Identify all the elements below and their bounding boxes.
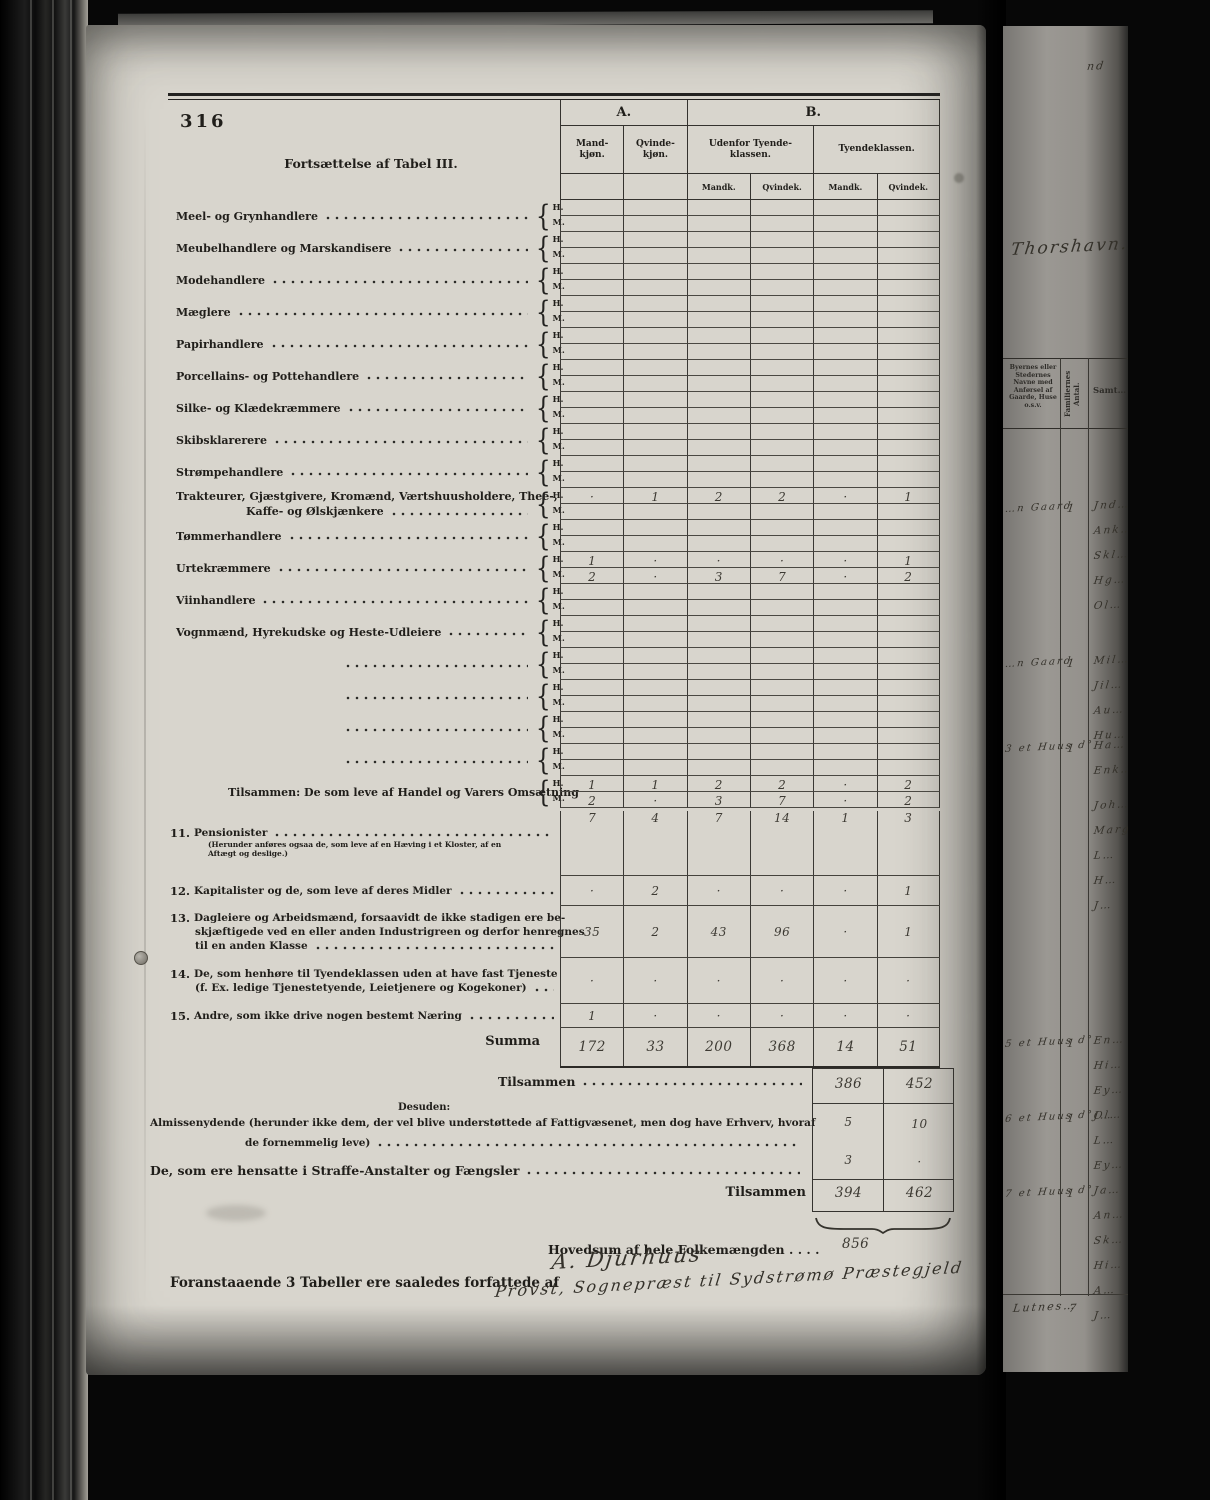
- handwritten-value: 1: [588, 778, 596, 792]
- table-row: {H.M.: [168, 680, 940, 712]
- stat-cell: [877, 728, 940, 744]
- stat-cell: [687, 584, 750, 600]
- handwritten-value: 3: [904, 811, 912, 825]
- handwritten-value: 2: [904, 778, 912, 792]
- stat-cell: [877, 536, 940, 552]
- stat-cell: [813, 664, 876, 680]
- handwritten-value: 2: [651, 884, 659, 898]
- stat-cell: ·: [560, 958, 623, 1003]
- person-name: Au…: [1091, 703, 1128, 730]
- stat-cell: [750, 616, 813, 632]
- summa-cell: 368: [750, 1028, 813, 1066]
- column-group-a: A.: [560, 100, 687, 126]
- family-count: 1: [1066, 1112, 1077, 1125]
- dotted-leader: [399, 243, 528, 253]
- stat-cell: ·: [813, 792, 876, 808]
- row-stat-cells: ······: [560, 958, 940, 1004]
- stat-cell: 96: [750, 906, 813, 957]
- stat-cell: [750, 696, 813, 712]
- row-brace: {H.M.: [534, 424, 560, 456]
- person-names: Jnd…Ank…Skl…Hg…Ol…: [1093, 500, 1128, 625]
- almisse-label2-text: de fornemmelig leve): [245, 1137, 370, 1149]
- handwritten-value: 33: [646, 1039, 664, 1055]
- stat-cell: [877, 744, 940, 760]
- row-brace: {H.M.: [534, 584, 560, 616]
- stat-cell: [560, 216, 623, 232]
- stat-cell: [813, 536, 876, 552]
- handwritten-value: ·: [653, 794, 657, 808]
- stat-cell: 1: [813, 811, 876, 875]
- table-header: A. B. Mand- kjøn. Qvinde- kjøn. Udenfor …: [560, 100, 940, 200]
- row-label-area: Vognmænd, Hyrekudske og Heste-Udleiere{H…: [168, 616, 560, 648]
- stat-cell: [687, 648, 750, 664]
- stat-cell: [877, 216, 940, 232]
- handwritten-value: 1: [904, 925, 912, 939]
- subcolumn-qvindek: Qvindek.: [877, 174, 940, 200]
- stat-cell: [813, 296, 876, 312]
- summa-row: Summa 172332003681451: [168, 1028, 940, 1068]
- stat-cell: [877, 264, 940, 280]
- straffe-label: De, som ere hensatte i Straffe-Anstalter…: [150, 1163, 519, 1178]
- stat-cell: [877, 344, 940, 360]
- stat-cell: [623, 584, 686, 600]
- handwritten-value: ·: [653, 554, 657, 568]
- stat-cell: [623, 536, 686, 552]
- brace-glyph: {: [536, 649, 551, 679]
- page-edge-line: [52, 0, 54, 1500]
- subcolumn-mandk: Mandk.: [687, 174, 750, 200]
- row-note: Aftægt og deslige.): [168, 849, 560, 858]
- person-names: Ha…Enk…: [1093, 740, 1128, 790]
- stat-cell: ·: [813, 876, 876, 905]
- table-row: Modehandlere{H.M.: [168, 264, 940, 296]
- row-label: Porcellains- og Pottehandlere: [168, 370, 359, 383]
- dotted-leader: [275, 435, 528, 445]
- stat-cell: [750, 680, 813, 696]
- row-brace: {H.M.: [534, 200, 560, 232]
- stat-cell: 2: [877, 568, 940, 584]
- stat-cell: 2: [877, 776, 940, 792]
- stat-cell: [623, 600, 686, 616]
- stat-cell: 7: [750, 792, 813, 808]
- stat-cell: [877, 280, 940, 296]
- stat-cell: [877, 232, 940, 248]
- tilsammen-label: Tilsammen: [498, 1074, 575, 1089]
- person-name: Ey…: [1091, 1158, 1124, 1185]
- handwritten-value: 2: [588, 570, 596, 584]
- dotted-leader: [273, 275, 528, 285]
- brace-glyph: {: [536, 585, 551, 615]
- stat-cell: [560, 584, 623, 600]
- stat-cell: [560, 264, 623, 280]
- stat-cell: [687, 696, 750, 712]
- stat-cell: 2: [623, 876, 686, 905]
- row-label-area: Silke- og Klædekræmmere{H.M.: [168, 392, 560, 424]
- stat-cell: [877, 360, 940, 376]
- handwritten-value: ·: [590, 884, 594, 898]
- column-header-udenfor-tyendeklassen: Udenfor Tyende- klassen.: [687, 126, 814, 174]
- brace-glyph: {: [536, 201, 551, 231]
- row-stat-cells: 1····12·37·2: [560, 552, 940, 584]
- stat-cell: [813, 328, 876, 344]
- family-count: 1: [1066, 1187, 1077, 1200]
- row-label: Tilsammen: De som leve af Handel og Vare…: [220, 786, 579, 799]
- handwritten-value: ·: [843, 884, 847, 898]
- stat-cell: [877, 456, 940, 472]
- stat-cell: [750, 504, 813, 520]
- stat-cell: [877, 504, 940, 520]
- stat-cell: [877, 712, 940, 728]
- brace-glyph: {: [536, 297, 551, 327]
- brace-glyph: {: [536, 745, 551, 775]
- numbered-row: 12.Kapitalister og de, som leve af deres…: [168, 876, 940, 906]
- row-label: (f. Ex. ledige Tjenestetyende, Leietjene…: [195, 982, 527, 994]
- stat-cell: [560, 456, 623, 472]
- stat-cell: [877, 376, 940, 392]
- row-stat-cells: [560, 744, 940, 776]
- stat-cell: [623, 216, 686, 232]
- row-stat-cells: ·2···1: [560, 876, 940, 906]
- dotted-leader: [392, 507, 528, 517]
- stat-cell: 43: [687, 906, 750, 957]
- stat-cell: [750, 328, 813, 344]
- column-header-tyendeklassen: Tyendeklassen.: [813, 126, 940, 174]
- dotted-leader: [367, 371, 528, 381]
- row-label-area: Skibsklarerere{H.M.: [168, 424, 560, 456]
- row-label: Silke- og Klædekræmmere: [168, 402, 341, 415]
- stat-cell: [877, 440, 940, 456]
- stat-cell: ·: [623, 792, 686, 808]
- stat-cell: [750, 280, 813, 296]
- stat-cell: 3: [687, 792, 750, 808]
- totals-box: 386 452 5 10 3 · 394 462: [812, 1068, 954, 1212]
- stat-cell: [560, 344, 623, 360]
- stat-cell: ·: [687, 876, 750, 905]
- stat-cell: [623, 472, 686, 488]
- stat-cell: 2: [750, 488, 813, 504]
- stat-cell: [877, 760, 940, 776]
- stat-cell: 1: [877, 876, 940, 905]
- person-name: A…: [1091, 1283, 1125, 1310]
- handwritten-value: ·: [843, 925, 847, 939]
- stat-cell: [750, 312, 813, 328]
- next-page-rule: [1003, 358, 1128, 359]
- stat-cell: [813, 600, 876, 616]
- row-label: skjæftigede ved en eller anden Industrig…: [195, 926, 585, 938]
- next-page-rule: [1003, 428, 1128, 429]
- stat-cell: ·: [560, 876, 623, 905]
- hovedsum-value: 856: [842, 1236, 869, 1252]
- handwritten-value: 4: [651, 811, 659, 825]
- row-stat-cells: [560, 392, 940, 424]
- subcolumn-mandk: Mandk.: [813, 174, 876, 200]
- row-number: 12.: [168, 884, 194, 898]
- row-label: Tømmerhandlere: [168, 530, 282, 543]
- table-row: Mæglere{H.M.: [168, 296, 940, 328]
- dotted-leader: [239, 307, 528, 317]
- stat-cell: [750, 248, 813, 264]
- stat-cell: [813, 280, 876, 296]
- stat-cell: [877, 200, 940, 216]
- handwritten-value: ·: [843, 490, 847, 504]
- row-brace: {H.M.: [534, 520, 560, 552]
- table-row: Tømmerhandlere{H.M.: [168, 520, 940, 552]
- stat-cell: ·: [877, 958, 940, 1003]
- row-brace: {H.M.: [534, 680, 560, 712]
- handwritten-value: 7: [778, 570, 786, 584]
- column-header-qvindekjon: Qvinde- kjøn.: [623, 126, 686, 174]
- place-name: …n Gaard: [1004, 501, 1064, 515]
- handwritten-value: ·: [843, 974, 847, 988]
- stat-cell: 7: [687, 811, 750, 875]
- stat-cell: [623, 296, 686, 312]
- row-stat-cells: [560, 520, 940, 552]
- row-number: 13.: [168, 911, 194, 925]
- table-row: Vognmænd, Hyrekudske og Heste-Udleiere{H…: [168, 616, 940, 648]
- row-stat-cells: 3524396·1: [560, 906, 940, 958]
- handwritten-value: 51: [899, 1039, 917, 1055]
- stat-cell: ·: [623, 958, 686, 1003]
- row-stat-cells: 7471413: [560, 808, 940, 876]
- stat-cell: 3: [687, 568, 750, 584]
- dotted-leader: [275, 828, 554, 838]
- row-stat-cells: [560, 200, 940, 232]
- handwritten-value: 2: [778, 490, 786, 504]
- brace-glyph: {: [536, 361, 551, 391]
- handwritten-value: 368: [769, 1039, 796, 1055]
- stat-cell: [813, 216, 876, 232]
- stat-cell: [877, 632, 940, 648]
- stat-cell: [687, 328, 750, 344]
- column-header-mandkjon: Mand- kjøn.: [560, 126, 623, 174]
- stat-cell: 2: [687, 776, 750, 792]
- almisse-label-line2: de fornemmelig leve): [245, 1137, 806, 1149]
- row-brace: {H.M.: [534, 488, 560, 520]
- stat-cell: [623, 424, 686, 440]
- row-stat-cells: [560, 360, 940, 392]
- stat-cell: ·: [750, 1004, 813, 1027]
- handwritten-value: 2: [778, 778, 786, 792]
- stat-cell: ·: [687, 958, 750, 1003]
- person-name: Ey…: [1091, 1083, 1125, 1110]
- book-gutter-shadow: [976, 0, 1006, 1500]
- next-page-footer-number: 7: [1068, 1302, 1079, 1315]
- page-title: Fortsættelse af Tabel III.: [236, 156, 506, 171]
- stat-cell: [560, 696, 623, 712]
- stat-cell: [750, 632, 813, 648]
- row-label: Kaffe- og Ølskjænkere: [238, 505, 384, 518]
- stat-cell: [750, 584, 813, 600]
- dotted-leader: [378, 1138, 800, 1148]
- dotted-leader: [290, 531, 528, 541]
- stat-cell: 1: [560, 776, 623, 792]
- row-label-area: Urtekræmmere{H.M.: [168, 552, 560, 584]
- stat-cell: ·: [813, 568, 876, 584]
- stat-cell: [813, 584, 876, 600]
- stat-cell: [813, 504, 876, 520]
- dotted-leader: [346, 723, 528, 733]
- stat-cell: [560, 680, 623, 696]
- stat-cell: [813, 424, 876, 440]
- total-female: 452: [884, 1076, 955, 1092]
- stat-cell: [687, 632, 750, 648]
- table-row: Papirhandlere{H.M.: [168, 328, 940, 360]
- person-name: Ol…: [1091, 598, 1128, 625]
- place-name: [1005, 801, 1063, 804]
- place-name: 3 et Huus d°: [1004, 741, 1064, 755]
- census-page: 316 Fortsættelse af Tabel III. A. B. Man…: [86, 25, 986, 1375]
- stat-cell: [687, 616, 750, 632]
- stat-cell: ·: [813, 1004, 876, 1027]
- handwritten-value: 3: [715, 570, 723, 584]
- stat-cell: [813, 680, 876, 696]
- handwritten-value: 2: [715, 778, 723, 792]
- table-row: Silke- og Klædekræmmere{H.M.: [168, 392, 940, 424]
- handwritten-value: ·: [780, 974, 784, 988]
- next-page-col2-header: Familiernes Antal.: [1063, 362, 1087, 426]
- person-name: Ank…: [1091, 523, 1128, 550]
- numbered-row: 14.De, som henhøre til Tyendeklassen ude…: [168, 958, 940, 1004]
- row-label-area: {H.M.: [168, 680, 560, 712]
- row-brace: {H.M.: [534, 744, 560, 776]
- row-label-area: 14.De, som henhøre til Tyendeklassen ude…: [168, 958, 560, 1004]
- brace-glyph: {: [536, 521, 551, 551]
- stat-cell: 1: [623, 776, 686, 792]
- stat-cell: 14: [750, 811, 813, 875]
- stat-cell: [687, 216, 750, 232]
- stat-cell: [623, 504, 686, 520]
- stat-cell: [877, 648, 940, 664]
- row-label: til en anden Klasse: [195, 940, 308, 952]
- stat-cell: [750, 408, 813, 424]
- stat-cell: [687, 344, 750, 360]
- stat-cell: [560, 280, 623, 296]
- person-name: An…: [1091, 1208, 1125, 1235]
- stat-cell: [687, 248, 750, 264]
- table-row: Meubelhandlere og Marskandisere{H.M.: [168, 232, 940, 264]
- stat-cell: [750, 264, 813, 280]
- person-name: Marg…: [1091, 822, 1128, 850]
- handwritten-value: 14: [774, 811, 790, 825]
- row-label: Dagleiere og Arbeidsmænd, forsaavidt de …: [194, 912, 565, 924]
- stat-cell: [623, 456, 686, 472]
- stat-cell: [687, 264, 750, 280]
- brace-glyph: {: [536, 617, 551, 647]
- stat-cell: [877, 696, 940, 712]
- stat-cell: [560, 616, 623, 632]
- handwritten-value: 172: [579, 1039, 606, 1055]
- person-name: Sk…: [1091, 1233, 1125, 1260]
- dotted-leader: [279, 563, 528, 573]
- stat-cell: ·: [750, 958, 813, 1003]
- paper-stain: [954, 173, 964, 183]
- stat-cell: ·: [813, 958, 876, 1003]
- stat-cell: [623, 312, 686, 328]
- stat-cell: [560, 360, 623, 376]
- stat-cell: [877, 296, 940, 312]
- stat-cell: [560, 536, 623, 552]
- subcolumn-qvindek: Qvindek.: [750, 174, 813, 200]
- stat-cell: [687, 504, 750, 520]
- family-count: 1: [1066, 657, 1077, 670]
- row-label-area: {H.M.: [168, 648, 560, 680]
- handwritten-value: 1: [651, 490, 659, 504]
- stat-cell: [750, 728, 813, 744]
- photo-scene: 316 Fortsættelse af Tabel III. A. B. Man…: [0, 0, 1210, 1500]
- row-label: Meubelhandlere og Marskandisere: [168, 242, 391, 255]
- stat-cell: [750, 520, 813, 536]
- person-name: L…: [1091, 847, 1128, 875]
- person-name: Skl…: [1091, 548, 1128, 575]
- stat-cell: [813, 744, 876, 760]
- person-name: Hi…: [1091, 1258, 1125, 1285]
- handwritten-value: 2: [651, 925, 659, 939]
- row-stat-cells: [560, 296, 940, 328]
- page-edge-line: [30, 0, 32, 1500]
- stat-cell: 1: [877, 488, 940, 504]
- stat-cell: [813, 456, 876, 472]
- stat-cell: [560, 424, 623, 440]
- stat-cell: [750, 216, 813, 232]
- handwritten-value: 7: [778, 794, 786, 808]
- stat-cell: 1: [560, 1004, 623, 1027]
- straffe-male: 3: [813, 1153, 884, 1167]
- almisse-label-line1: Almissenydende (herunder ikke dem, der v…: [150, 1117, 806, 1129]
- stat-cell: [750, 232, 813, 248]
- row-label: Vognmænd, Hyrekudske og Heste-Udleiere: [168, 626, 441, 639]
- row-label-area: Mæglere{H.M.: [168, 296, 560, 328]
- handwritten-value: 14: [836, 1039, 854, 1055]
- stat-cell: [623, 440, 686, 456]
- underbrace: [814, 1216, 952, 1234]
- brace-glyph: {: [536, 681, 551, 711]
- brace-glyph: {: [536, 457, 551, 487]
- stat-cell: [877, 424, 940, 440]
- handwritten-value: 2: [588, 794, 596, 808]
- row-label-area: 15.Andre, som ikke drive nogen bestemt N…: [168, 1004, 560, 1028]
- row-stat-cells: [560, 648, 940, 680]
- row-stat-cells: [560, 456, 940, 488]
- person-name: J…: [1091, 1308, 1125, 1335]
- row-brace: {H.M.: [534, 264, 560, 296]
- grand-total-male: 394: [813, 1185, 884, 1201]
- stat-cell: [750, 456, 813, 472]
- stat-cell: [687, 744, 750, 760]
- row-label-area: Modehandlere{H.M.: [168, 264, 560, 296]
- stat-cell: [687, 680, 750, 696]
- stat-cell: [813, 696, 876, 712]
- person-name: Hi…: [1091, 1058, 1125, 1085]
- stat-cell: 2: [623, 906, 686, 957]
- dotted-leader: [460, 886, 554, 896]
- handwritten-value: ·: [843, 778, 847, 792]
- handwritten-value: ·: [780, 554, 784, 568]
- row-stat-cells: [560, 680, 940, 712]
- row-label: Papirhandlere: [168, 338, 264, 351]
- stat-cell: [687, 392, 750, 408]
- dotted-leader: [272, 339, 528, 349]
- stat-cell: [623, 712, 686, 728]
- stat-cell: 2: [750, 776, 813, 792]
- stat-cell: [813, 408, 876, 424]
- table-numbered-rows: 11.Pensionister(Herunder anføres ogsaa d…: [168, 808, 940, 1028]
- stat-cell: [623, 680, 686, 696]
- handwritten-value: ·: [717, 884, 721, 898]
- stat-cell: [813, 472, 876, 488]
- stat-cell: [623, 392, 686, 408]
- row-brace: {H.M.: [534, 232, 560, 264]
- dotted-leader: [535, 983, 554, 993]
